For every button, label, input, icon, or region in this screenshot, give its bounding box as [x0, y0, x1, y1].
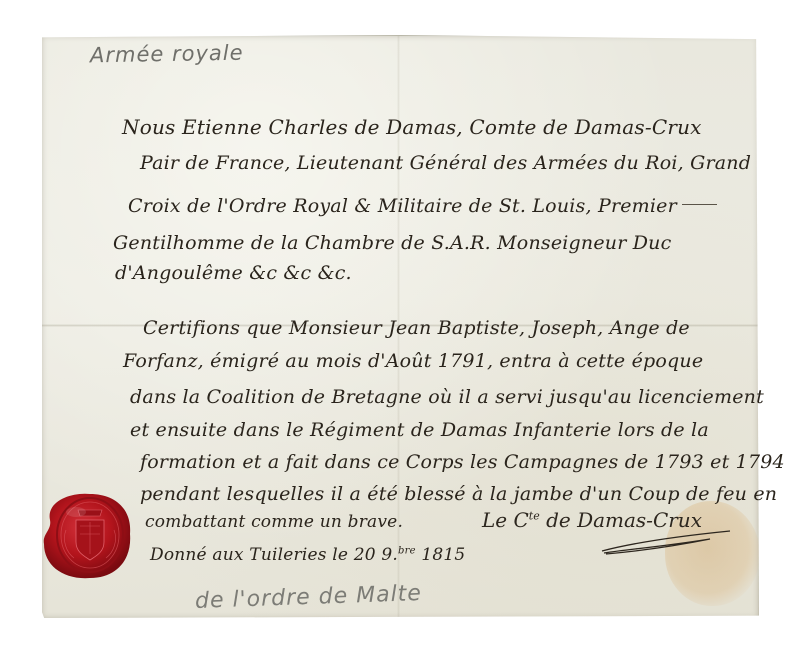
text-line-6: Certifions que Monsieur Jean Baptiste, J…	[143, 317, 690, 339]
date-superscript: bre	[398, 545, 416, 556]
text-line-2: Pair de France, Lieutenant Général des A…	[140, 152, 751, 174]
text-line-7: Forfanz, émigré au mois d'Août 1791, ent…	[123, 350, 703, 372]
date-line: Donné aux Tuileries le 20 9.bre 1815	[150, 545, 465, 565]
text-line-9: et ensuite dans le Régiment de Damas Inf…	[130, 419, 709, 441]
text-line-3: Croix de l'Ordre Royal & Militaire de St…	[128, 195, 677, 217]
text-line-4: Gentilhomme de la Chambre de S.A.R. Mons…	[113, 232, 671, 254]
text-line-11: pendant lesquelles il a été blessé à la …	[140, 483, 777, 505]
text-line-8: dans la Coalition de Bretagne où il a se…	[130, 386, 764, 408]
signature-superscript: te	[529, 509, 540, 522]
date-year: 1815	[421, 545, 465, 565]
date-prefix: Donné aux Tuileries le 20 9.	[150, 545, 398, 565]
text-line-10: formation et a fait dans ce Corps les Ca…	[140, 451, 785, 473]
text-line-12: combattant comme un brave.	[145, 512, 403, 532]
text-line-5: d'Angoulême &c &c &c.	[115, 262, 352, 284]
line-filler-dash	[682, 204, 717, 205]
signature-paraph-flourish	[600, 527, 740, 557]
pencil-annotation-top: Armée royale	[90, 41, 244, 68]
wax-seal-icon	[40, 490, 136, 582]
text-line-1: Nous Etienne Charles de Damas, Comte de …	[122, 115, 702, 139]
signature-prefix: Le C	[482, 508, 529, 532]
